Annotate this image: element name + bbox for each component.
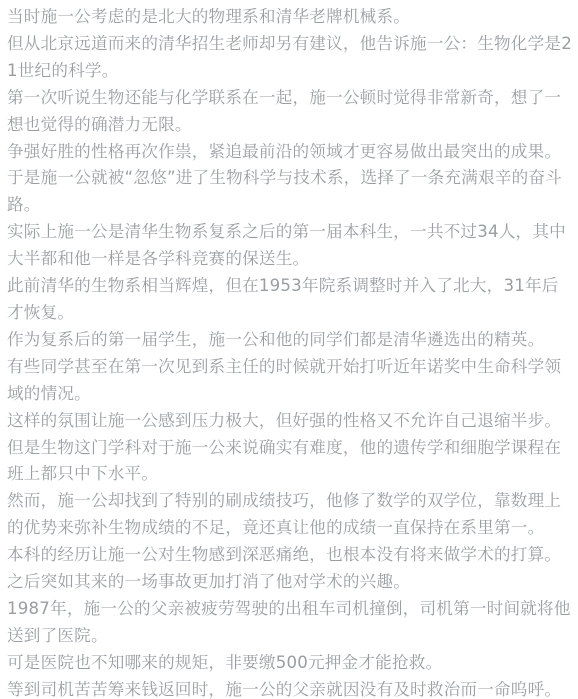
paragraph: 此前清华的生物系相当辉煌，但在1953年院系调整时并入了北大，31年后才恢复。 — [7, 273, 572, 327]
paragraph: 本科的经历让施一公对生物感到深恶痛绝，也根本没有将来做学术的打算。 — [7, 542, 572, 569]
paragraph: 有些同学甚至在第一次见到系主任的时候就开始打听近年诺奖中生命科学领域的情况。 — [7, 354, 572, 408]
paragraph: 于是施一公就被“忽悠”进了生物科学与技术系，选择了一条充满艰辛的奋斗路。 — [7, 165, 572, 219]
page: { "page": { "background_color": "#ffffff… — [0, 0, 578, 699]
paragraph: 但从北京远道而来的清华招生老师却另有建议，他告诉施一公：生物化学是21世纪的科学… — [7, 31, 572, 85]
paragraph: 但是生物这门学科对于施一公来说确实有难度，他的遗传学和细胞学课程在班上都只中下水… — [7, 435, 572, 489]
paragraph: 争强好胜的性格再次作祟，紧追最前沿的领域才更容易做出最突出的成果。 — [7, 139, 572, 166]
paragraph: 等到司机苦苦筹来钱返回时，施一公的父亲就因没有及时救治而一命呜呼。 — [7, 677, 572, 699]
paragraph: 可是医院也不知哪来的规矩，非要缴500元押金才能抢救。 — [7, 650, 572, 677]
paragraph: 当时施一公考虑的是北大的物理系和清华老牌机械系。 — [7, 4, 572, 31]
paragraph: 之后突如其来的一场事故更加打消了他对学术的兴趣。 — [7, 569, 572, 596]
paragraph: 实际上施一公是清华生物系复系之后的第一届本科生，一共不过34人，其中大半都和他一… — [7, 219, 572, 273]
article-body: 当时施一公考虑的是北大的物理系和清华老牌机械系。但从北京远道而来的清华招生老师却… — [0, 0, 578, 699]
paragraph: 这样的氛围让施一公感到压力极大，但好强的性格又不允许自己退缩半步。 — [7, 408, 572, 435]
paragraph: 作为复系后的第一届学生，施一公和他的同学们都是清华遴选出的精英。 — [7, 327, 572, 354]
paragraph: 然而，施一公却找到了特别的刷成绩技巧，他修了数学的双学位，靠数理上的优势来弥补生… — [7, 488, 572, 542]
paragraph: 1987年，施一公的父亲被疲劳驾驶的出租车司机撞倒，司机第一时间就将他送到了医院… — [7, 596, 572, 650]
paragraph: 第一次听说生物还能与化学联系在一起，施一公顿时觉得非常新奇，想了一想也觉得的确潜… — [7, 85, 572, 139]
